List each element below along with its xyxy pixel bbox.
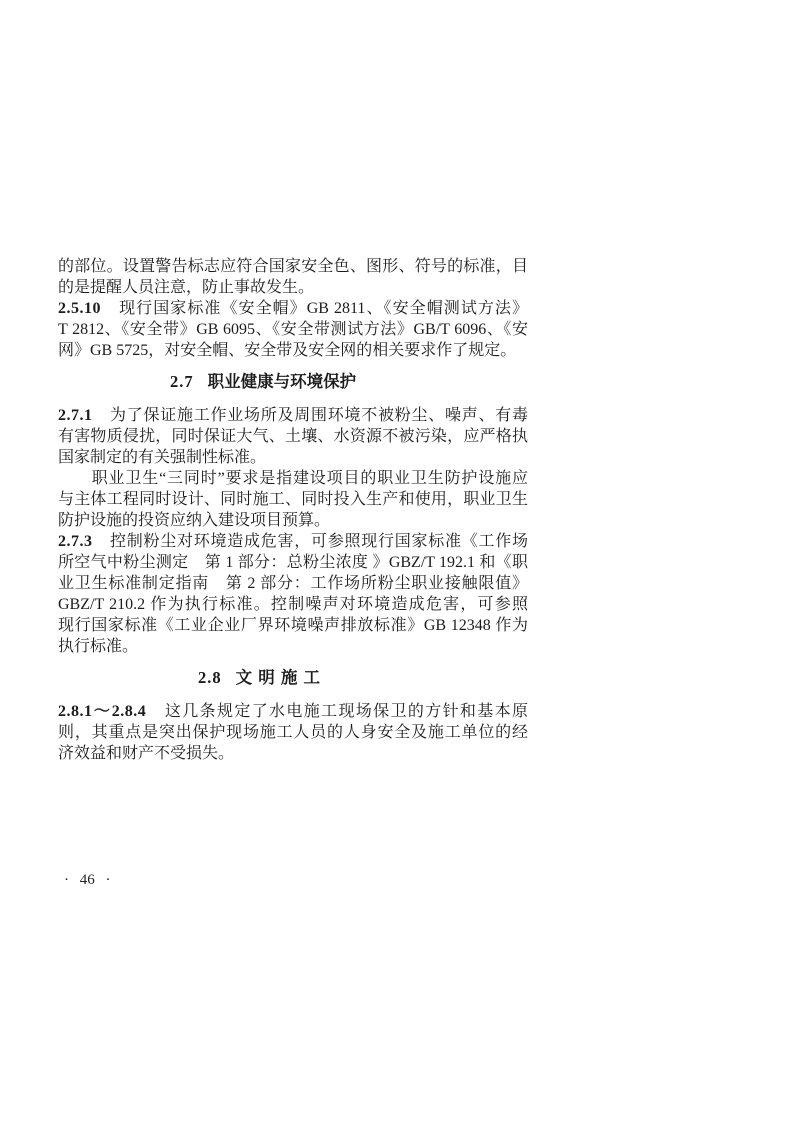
text-line-content: 这几条规定了水电施工现场保卫的方针和基本原 xyxy=(146,703,528,720)
text-line: 防护设施的投资应纳入建设项目预算。 xyxy=(58,510,528,531)
text-line-content: 网》GB 5725，对安全帽、安全带及安全网的相关要求作了规定。 xyxy=(58,342,516,359)
heading-title: 职业健康与环境保护 xyxy=(208,372,357,391)
text-line: 2.5.10 现行国家标准《安全帽》GB 2811、《安全帽测试方法》GB/ xyxy=(58,298,528,319)
clause-number: 2.5.10 xyxy=(58,300,101,317)
text-line: 有害物质侵扰，同时保证大气、土壤、水资源不被污染，应严格执行 xyxy=(58,426,528,447)
clause-number: 2.7.3 xyxy=(58,533,93,550)
text-line: 业卫生标准制定指南 第 2 部分：工作场所粉尘职业接触限值》 xyxy=(58,573,528,594)
text-line-content: 防护设施的投资应纳入建设项目预算。 xyxy=(58,512,330,529)
clause-2-8-1-to-2-8-4: 2.8.1～2.8.4 这几条规定了水电施工现场保卫的方针和基本原则，其重点是突… xyxy=(58,701,528,764)
text-line: 职业卫生“三同时”要求是指建设项目的职业卫生防护设施应 xyxy=(58,468,528,489)
section-heading-2-8: 2.8文 明 施 工 xyxy=(198,667,528,688)
text-line: 与主体工程同时设计、同时施工、同时投入生产和使用，职业卫生 xyxy=(58,489,528,510)
text-line-content: 的部位。设置警告标志应符合国家安全色、图形、符号的标准，目 xyxy=(58,258,528,275)
heading-title: 文 明 施 工 xyxy=(236,668,321,687)
text-line-content: T 2812、《安全带》GB 6095、《安全带测试方法》GB/T 6096、《… xyxy=(58,321,528,340)
clause-2-7-1: 2.7.1 为了保证施工作业场所及周围环境不被粉尘、噪声、有毒有害物质侵扰，同时… xyxy=(58,405,528,468)
text-line-content: 的是提醒人员注意，防止事故发生。 xyxy=(58,279,314,296)
text-line-content: 所空气中粉尘测定 第 1 部分：总粉尘浓度 》GBZ/T 192.1 和《职 xyxy=(58,554,528,571)
text-line-content: 执行标准。 xyxy=(58,638,138,655)
text-line: 2.7.3 控制粉尘对环境造成危害，可参照现行国家标准《工作场 xyxy=(58,531,528,552)
text-line-content: 业卫生标准制定指南 第 2 部分：工作场所粉尘职业接触限值》 xyxy=(58,575,528,592)
text-line-content: 国家制定的有关强制性标准。 xyxy=(58,449,266,466)
text-line-content: 则，其重点是突出保护现场施工人员的人身安全及施工单位的经 xyxy=(58,724,528,741)
clause-number: 2.8.1～2.8.4 xyxy=(58,703,146,720)
text-line-content: 现行国家标准《工业企业厂界环境噪声排放标准》GB 12348 作为 xyxy=(58,617,528,634)
text-line: 现行国家标准《工业企业厂界环境噪声排放标准》GB 12348 作为 xyxy=(58,615,528,636)
text-line-content: 现行国家标准《安全帽》GB 2811、《安全帽测试方法》GB/ xyxy=(58,300,528,319)
text-line-content: 控制粉尘对环境造成危害，可参照现行国家标准《工作场 xyxy=(93,533,529,550)
text-line: 所空气中粉尘测定 第 1 部分：总粉尘浓度 》GBZ/T 192.1 和《职 xyxy=(58,552,528,573)
heading-number: 2.7 xyxy=(170,372,194,391)
paragraph-occupational-health-three-simultaneous: 职业卫生“三同时”要求是指建设项目的职业卫生防护设施应与主体工程同时设计、同时施… xyxy=(58,468,528,531)
text-line: GBZ/T 210.2 作为执行标准。控制噪声对环境造成危害，可参照 xyxy=(58,594,528,615)
text-line: 济效益和财产不受损失。 xyxy=(58,743,528,764)
clause-2-5-10: 2.5.10 现行国家标准《安全帽》GB 2811、《安全帽测试方法》GB/T … xyxy=(58,298,528,361)
text-line: 2.8.1～2.8.4 这几条规定了水电施工现场保卫的方针和基本原 xyxy=(58,701,528,722)
clause-number: 2.7.1 xyxy=(58,407,93,424)
text-column: 的部位。设置警告标志应符合国家安全色、图形、符号的标准，目的是提醒人员注意，防止… xyxy=(58,256,528,764)
text-line: 2.7.1 为了保证施工作业场所及周围环境不被粉尘、噪声、有毒 xyxy=(58,405,528,426)
text-line: 网》GB 5725，对安全帽、安全带及安全网的相关要求作了规定。 xyxy=(58,340,528,361)
text-line-content: 有害物质侵扰，同时保证大气、土壤、水资源不被污染，应严格执行 xyxy=(58,428,528,447)
clause-2-7-3: 2.7.3 控制粉尘对环境造成危害，可参照现行国家标准《工作场所空气中粉尘测定 … xyxy=(58,531,528,657)
text-line: T 2812、《安全带》GB 6095、《安全带测试方法》GB/T 6096、《… xyxy=(58,319,528,340)
paragraph-warning-signs-continuation: 的部位。设置警告标志应符合国家安全色、图形、符号的标准，目的是提醒人员注意，防止… xyxy=(58,256,528,298)
heading-number: 2.8 xyxy=(198,668,222,687)
text-line-content: 与主体工程同时设计、同时施工、同时投入生产和使用，职业卫生 xyxy=(58,491,528,508)
page-number: · 46 · xyxy=(64,871,111,889)
text-line-content: 济效益和财产不受损失。 xyxy=(58,745,234,762)
text-line: 的是提醒人员注意，防止事故发生。 xyxy=(58,277,528,298)
text-line-content: 为了保证施工作业场所及周围环境不被粉尘、噪声、有毒 xyxy=(93,407,529,424)
document-page: 的部位。设置警告标志应符合国家安全色、图形、符号的标准，目的是提醒人员注意，防止… xyxy=(0,0,793,1122)
text-line: 执行标准。 xyxy=(58,636,528,657)
text-line-content: GBZ/T 210.2 作为执行标准。控制噪声对环境造成危害，可参照 xyxy=(58,596,528,613)
text-line: 的部位。设置警告标志应符合国家安全色、图形、符号的标准，目 xyxy=(58,256,528,277)
text-line-content: 职业卫生“三同时”要求是指建设项目的职业卫生防护设施应 xyxy=(58,470,528,487)
text-line: 国家制定的有关强制性标准。 xyxy=(58,447,528,468)
text-line: 则，其重点是突出保护现场施工人员的人身安全及施工单位的经 xyxy=(58,722,528,743)
section-heading-2-7: 2.7职业健康与环境保护 xyxy=(170,371,528,392)
